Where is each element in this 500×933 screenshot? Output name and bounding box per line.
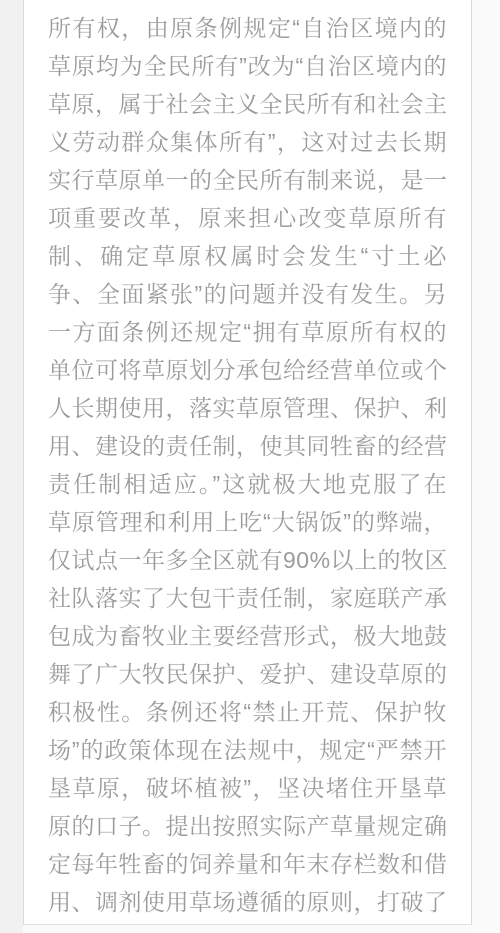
text-line: 草原均为全民所有”改为“自治区境内的 (48, 47, 447, 85)
text-line: 舞了广大牧民保护、爱护、建设草原的 (48, 655, 447, 693)
text-line: 用、调剂使用草场遵循的原则，打破了 (48, 883, 447, 921)
text-line: 包成为畜牧业主要经营形式，极大地鼓 (48, 617, 447, 655)
text-line: 草原管理和利用上吃“大锅饭”的弊端， (48, 503, 447, 541)
text-line: 单位可将草原划分承包给经营单位或个 (48, 351, 447, 389)
content-column: 所有权，由原条例规定“自治区境内的 草原均为全民所有”改为“自治区境内的 草原，… (23, 0, 472, 933)
text-line: 垦草原，破坏植被”，坚决堵住开垦草 (48, 769, 447, 807)
text-line: 义劳动群众集体所有”，这对过去长期 (48, 123, 447, 161)
left-margin (0, 0, 23, 933)
text-line: 用、建设的责任制，使其同牲畜的经营 (48, 427, 447, 465)
text-line: 争、全面紧张”的问题并没有发生。另 (48, 275, 447, 313)
content-card: 所有权，由原条例规定“自治区境内的 草原均为全民所有”改为“自治区境内的 草原，… (23, 0, 472, 925)
right-margin (472, 0, 500, 933)
text-line: 责任制相适应。”这就极大地克服了在 (48, 465, 447, 503)
text-line: 所有权，由原条例规定“自治区境内的 (48, 9, 447, 47)
text-line: 积极性。条例还将“禁止开荒、保护牧 (48, 693, 447, 731)
text-line: 人长期使用，落实草原管理、保护、利 (48, 389, 447, 427)
text-line: 一方面条例还规定“拥有草原所有权的 (48, 313, 447, 351)
text-line: 原的口子。提出按照实际产草量规定确 (48, 807, 447, 845)
document-page: 所有权，由原条例规定“自治区境内的 草原均为全民所有”改为“自治区境内的 草原，… (0, 0, 500, 933)
text-line: 实行草原单一的全民所有制来说，是一 (48, 161, 447, 199)
article-text: 所有权，由原条例规定“自治区境内的 草原均为全民所有”改为“自治区境内的 草原，… (48, 9, 447, 921)
text-line: 场”的政策体现在法规中，规定“严禁开 (48, 731, 447, 769)
text-line: 草原，属于社会主义全民所有和社会主 (48, 85, 447, 123)
text-line: 项重要改革，原来担心改变草原所有 (48, 199, 447, 237)
text-line: 仅试点一年多全区就有90%以上的牧区 (48, 541, 447, 579)
text-line: 社队落实了大包干责任制，家庭联产承 (48, 579, 447, 617)
text-line: 制、确定草原权属时会发生“寸土必 (48, 237, 447, 275)
text-line: 定每年牲畜的饲养量和年末存栏数和借 (48, 845, 447, 883)
